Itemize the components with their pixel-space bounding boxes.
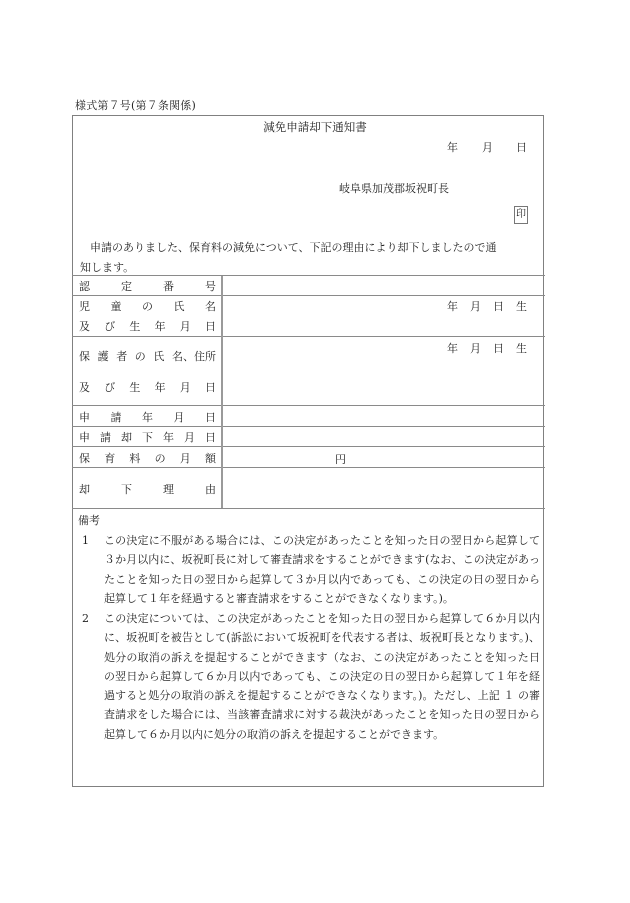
row-divider [72,295,545,296]
column-divider [221,276,223,508]
row-divider [72,467,545,468]
note-number: 1 [82,531,89,550]
remark-note-2: 2 この決定については、この決定があったことを知った日の翌日から起算して６か月以… [78,609,540,744]
issuer-name: 岐阜県加茂郡坂祝町長 [339,180,449,196]
guardian-birthdate-field[interactable]: 年 月 日 生 [447,340,527,356]
seal-mark: 印 [514,206,528,224]
row-divider [72,446,545,447]
label-child-name: 児 童 の 氏 名 [79,298,216,314]
note-number: 2 [82,609,89,628]
note-text: この決定については、この決定があったことを知った日の翌日から起算して６か月以内に… [104,609,540,744]
date-month-label: 月 [482,139,493,155]
document-title: 減免申請却下通知書 [0,119,630,135]
remark-note-1: 1 この決定に不服がある場合には、この決定があったことを知った日の翌日から起算し… [78,531,540,608]
date-year-label: 年 [447,139,458,155]
intro-line-2: 知します。 [80,261,134,274]
row-divider [72,405,545,406]
date-day-label: 日 [516,139,527,155]
intro-line-1: 申請のありました、保育料の減免について、下記の理由により却下しましたので通 [80,238,540,258]
child-birthdate-field[interactable]: 年 月 日 生 [447,298,527,314]
monthly-fee-yen-unit: 円 [335,451,346,467]
label-rejection-reason: 却 下 理 由 [79,481,216,497]
table-top-border [72,275,545,276]
label-guardian-birthdate: 及 び 生 年 月 日 [79,379,216,395]
label-guardian-name-address: 保 護 者 の 氏 名、住所 [79,348,216,364]
remarks-title: 備考 [78,512,100,528]
note-text: この決定に不服がある場合には、この決定があったことを知った日の翌日から起算して３… [104,531,540,608]
row-divider [72,426,545,427]
label-application-date: 申 請 年 月 日 [79,409,216,425]
label-certification-number: 認 定 番 号 [79,278,216,294]
row-divider [72,336,545,337]
form-caption: 様式第７号(第７条関係) [75,97,196,113]
intro-text: 申請のありました、保育料の減免について、下記の理由により却下しましたので通 知し… [80,238,540,278]
label-child-birthdate: 及 び 生 年 月 日 [79,318,216,334]
label-rejection-date: 申 請 却 下 年 月 日 [79,429,216,445]
label-monthly-fee: 保 育 料 の 月 額 [79,450,216,466]
table-bottom-border [72,508,545,509]
